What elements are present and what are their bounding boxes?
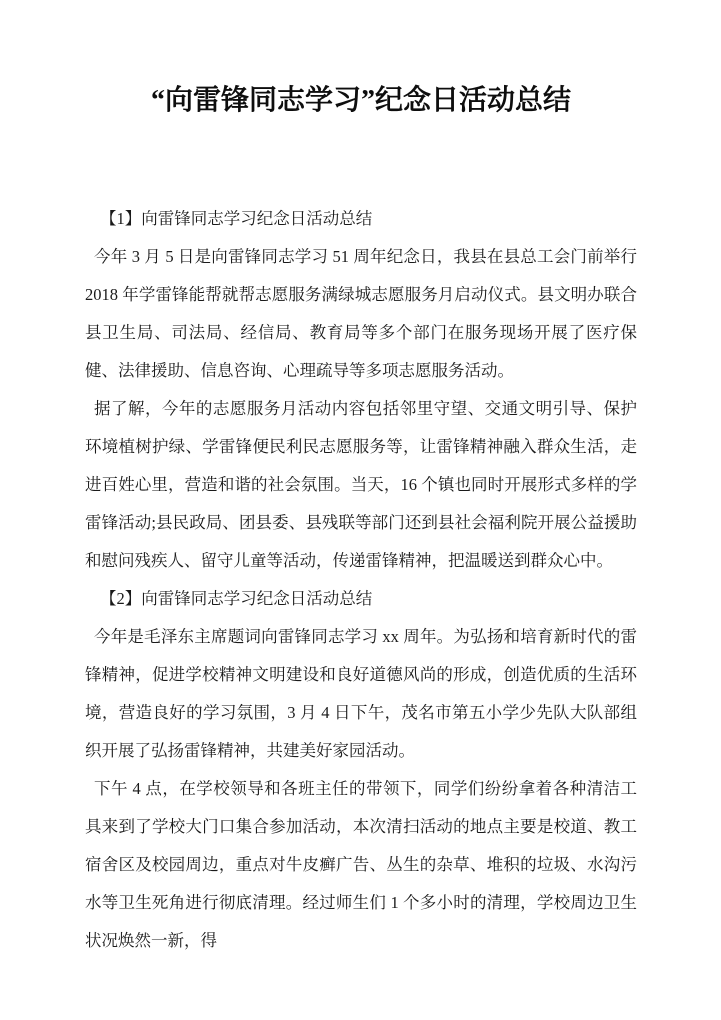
page-title: “向雷锋同志学习”纪念日活动总结	[85, 80, 637, 122]
paragraph: 今年 3 月 5 日是向雷锋同志学习 51 周年纪念日，我县在县总工会门前举行 …	[85, 238, 637, 390]
paragraph: 据了解，今年的志愿服务月活动内容包括邻里守望、交通文明引导、保护环境植树护绿、学…	[85, 390, 637, 580]
document-content: “向雷锋同志学习”纪念日活动总结 【1】向雷锋同志学习纪念日活动总结 今年 3 …	[0, 0, 721, 960]
paragraph: 下午 4 点，在学校领导和各班主任的带领下，同学们纷纷拿着各种清洁工具来到了学校…	[85, 770, 637, 960]
section-heading-1: 【1】向雷锋同志学习纪念日活动总结	[85, 200, 637, 238]
paragraph: 今年是毛泽东主席题词向雷锋同志学习 xx 周年。为弘扬和培育新时代的雷锋精神，促…	[85, 618, 637, 770]
document-text: 【1】向雷锋同志学习纪念日活动总结 今年 3 月 5 日是向雷锋同志学习 51 …	[85, 200, 637, 960]
section-heading-2: 【2】向雷锋同志学习纪念日活动总结	[85, 580, 637, 618]
document-page: “向雷锋同志学习”纪念日活动总结 【1】向雷锋同志学习纪念日活动总结 今年 3 …	[0, 0, 721, 1020]
